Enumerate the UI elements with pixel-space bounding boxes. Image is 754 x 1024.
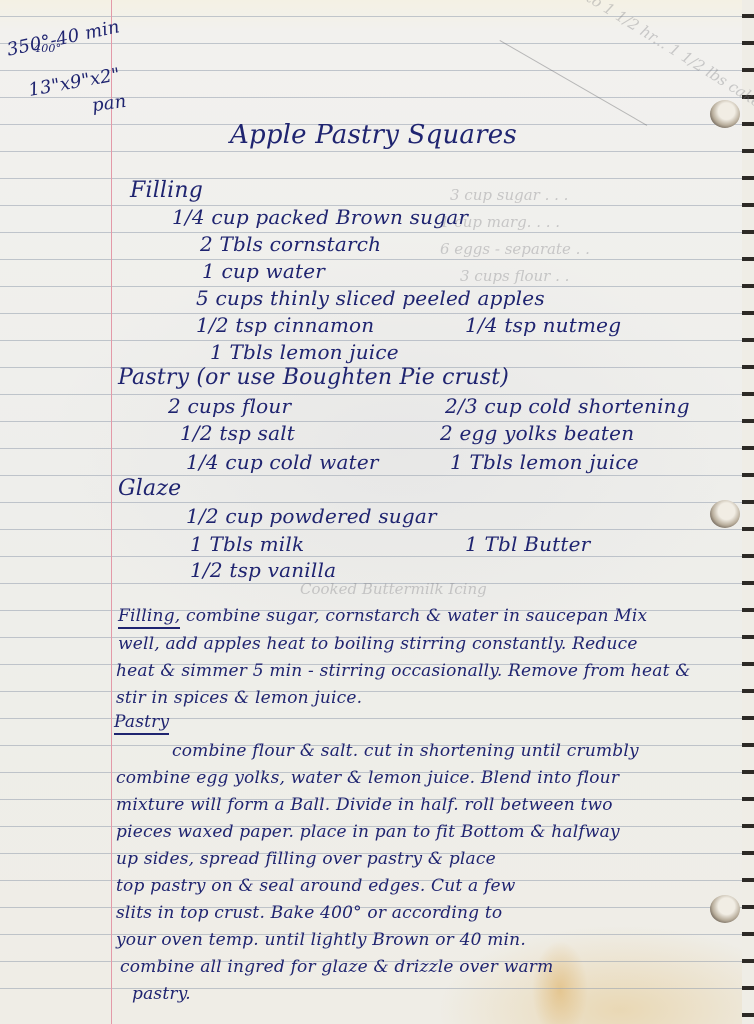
directions-line: combine flour & salt. cut in shortening … <box>172 741 639 761</box>
pastry-heading: Pastry (or use Boughten Pie crust) <box>118 365 509 390</box>
margin-line <box>111 0 112 1024</box>
directions-line: well, add apples heat to boiling stirrin… <box>118 634 638 654</box>
directions-line: slits in top crust. Bake 400° or accordi… <box>116 903 502 923</box>
directions-line: your oven temp. until lightly Brown or 4… <box>116 930 526 950</box>
ingredient: 1 Tbls lemon juice <box>450 450 639 474</box>
bleed-through-text: Cooked Buttermilk Icing <box>300 580 487 598</box>
ingredient: 1 cup water <box>202 259 325 283</box>
ingredient: 2/3 cup cold shortening <box>445 394 690 418</box>
ingredient: 1 Tbl Butter <box>465 532 590 556</box>
ingredient: 5 cups thinly sliced peeled apples <box>196 286 545 310</box>
ingredient: 1/2 tsp salt <box>180 421 295 445</box>
punch-hole-icon <box>710 895 740 923</box>
directions-line: pastry. <box>132 984 191 1004</box>
ingredient: 1/4 tsp nutmeg <box>465 313 621 337</box>
ingredient: 1/2 cup powdered sugar <box>186 504 437 528</box>
directions-line: top pastry on & seal around edges. Cut a… <box>116 876 515 896</box>
pastry-directions-label: Pastry <box>114 712 169 732</box>
glaze-heading: Glaze <box>118 476 181 501</box>
ingredient: 2 Tbls cornstarch <box>200 232 381 256</box>
bleed-through-text: 6 eggs - separate . . <box>440 240 590 258</box>
directions-line: up sides, spread filling over pastry & p… <box>116 849 496 869</box>
ingredient: 1/4 cup packed Brown sugar <box>172 205 468 229</box>
filling-directions-label: Filling, <box>118 606 180 629</box>
ingredient: 1/4 cup cold water <box>186 450 379 474</box>
bleed-through-text: 3 cup sugar . . . <box>450 186 568 204</box>
directions-line: combine all ingred for glaze & drizzle o… <box>120 957 553 977</box>
recipe-title: Apple Pastry Squares <box>230 120 517 150</box>
ingredient: 2 cups flour <box>168 394 291 418</box>
ingredient: 2 egg yolks beaten <box>440 421 634 445</box>
directions-line: combine egg yolks, water & lemon juice. … <box>116 768 619 788</box>
bleed-through-text: 3 cups flour . . <box>460 267 569 285</box>
ingredient: 1 Tbls milk <box>190 532 304 556</box>
ingredient: 1/2 tsp cinnamon <box>196 313 374 337</box>
corner-note-alt-temp: 400° <box>34 42 61 55</box>
directions-line: Filling, combine sugar, cornstarch & wat… <box>118 606 647 626</box>
ingredient: 1 Tbls lemon juice <box>210 340 399 364</box>
punch-hole-icon <box>710 100 740 128</box>
spiral-edge <box>742 0 754 1024</box>
directions-line: pieces waxed paper. place in pan to fit … <box>116 822 620 842</box>
punch-hole-icon <box>710 500 740 528</box>
directions-line: mixture will form a Ball. Divide in half… <box>116 795 613 815</box>
directions-line: stir in spices & lemon juice. <box>116 688 362 708</box>
directions-line: heat & simmer 5 min - stirring occasiona… <box>116 661 691 681</box>
filling-heading: Filling <box>130 178 203 203</box>
recipe-page: 350° to 1 1/2 hr... 1 1/2 lbs cake 3 cup… <box>0 0 754 1024</box>
ingredient: 1/2 tsp vanilla <box>190 558 336 582</box>
